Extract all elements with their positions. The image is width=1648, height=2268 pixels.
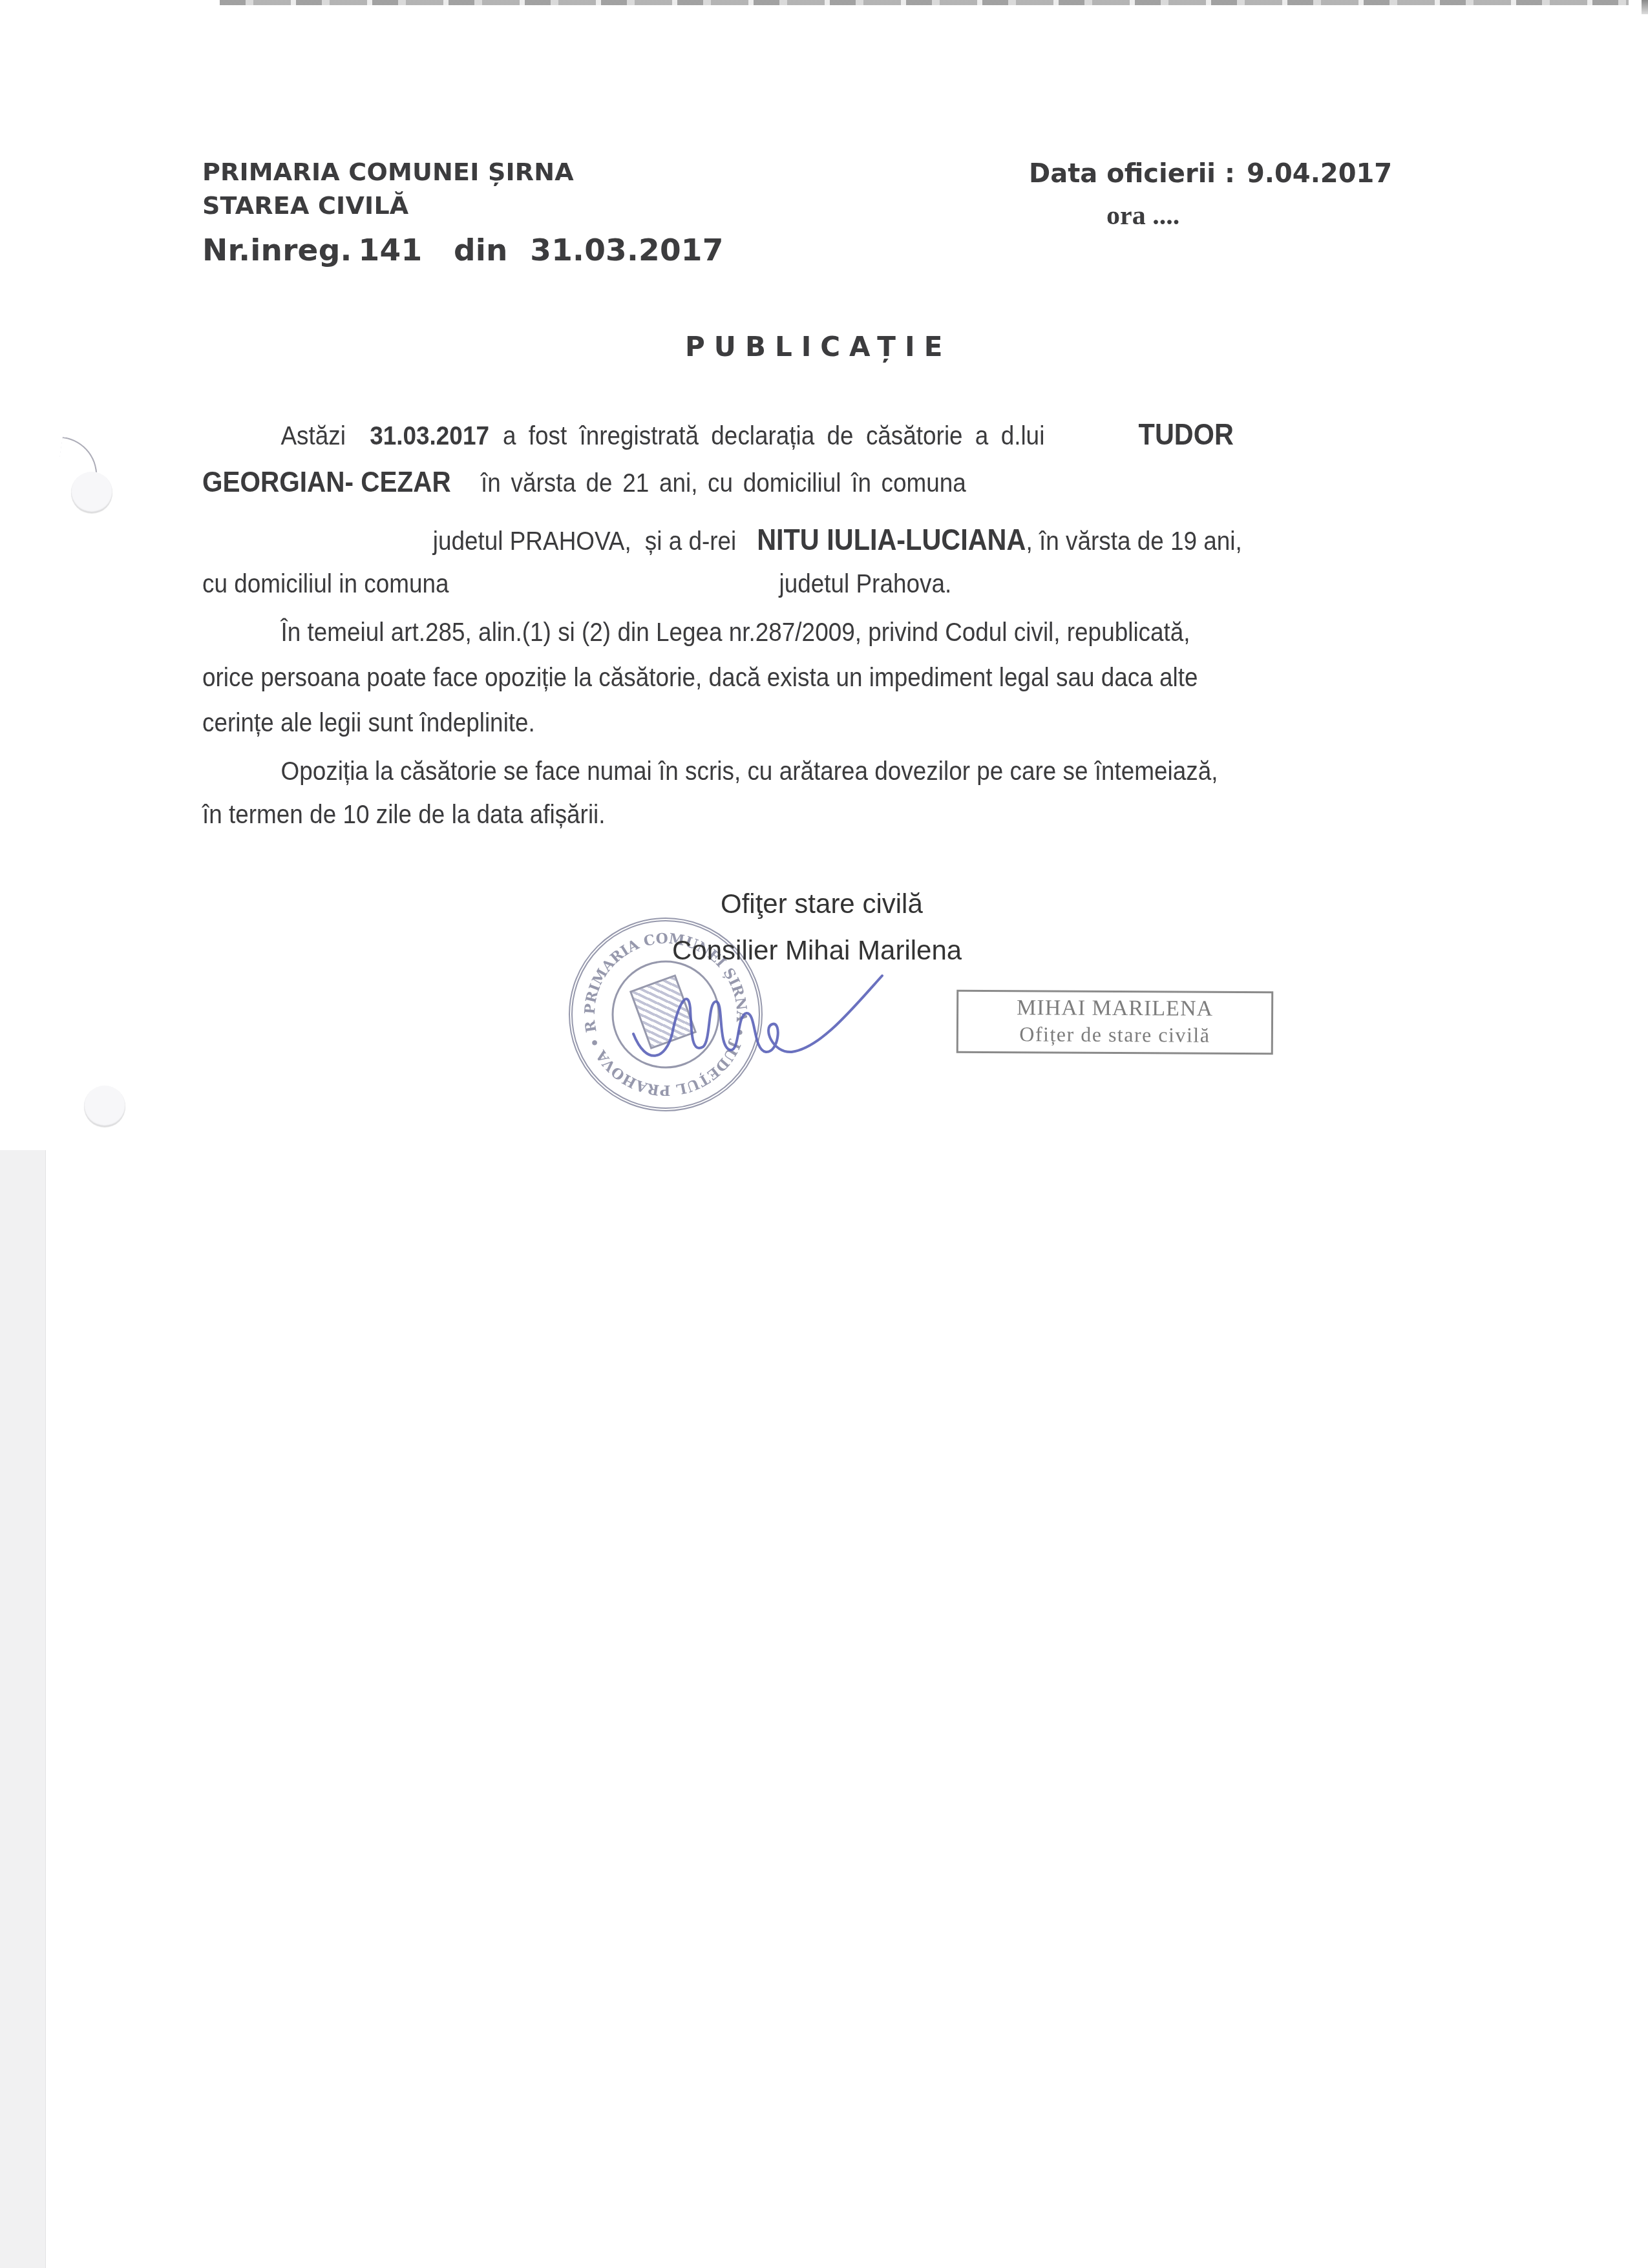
ceremony-date-label: Data oficierii : [1029,159,1235,189]
text: În temeiul art.285, alin.(1) si (2) din … [281,617,1190,647]
institution-name: PRIMARIA COMUNEI ȘIRNA [202,155,735,189]
declaration-date: 31.03.2017 [370,421,489,450]
scan-edge-artifact [220,0,1629,5]
text: a fost înregistrată declarația de căsăto… [503,421,1044,450]
body-line: GEORGIAN- CEZAR în vărsta de 21 ani, cu … [202,465,1341,499]
body-line: Opoziția la căsătorie se face numai în s… [202,756,1341,786]
text: Astăzi [281,421,346,450]
text: în vărsta de 21 ani, cu domiciliul în co… [481,468,966,498]
text: și a d-rei [645,526,736,556]
scan-paper-edge [0,1150,46,2268]
name-stamp-role: Ofițer de stare civilă [958,1022,1271,1048]
registration-label: Nr.inreg. [202,233,352,268]
handwritten-signature [627,963,898,1073]
registration-line: Nr.inreg.141 din 31.03.2017 [202,234,735,268]
registration-date-label: din [454,233,508,268]
document-header: PRIMARIA COMUNEI ȘIRNA STAREA CIVILĂ Nr.… [202,155,735,268]
punch-hole [84,1086,125,1127]
groom-county: judetul PRAHOVA, [433,526,631,556]
groom-given-names: GEORGIAN- CEZAR [202,465,451,498]
text: cu domiciliul in comuna [202,569,449,598]
bride-county: judetul Prahova. [779,569,952,598]
punch-hole [71,472,112,513]
text: , în vărsta de 19 ani, [1026,526,1241,556]
document-title: PUBLICAȚIE [685,331,951,362]
ceremony-date: 9.04.2017 [1247,159,1392,189]
body-line: Astăzi 31.03.2017 a fost înregistrată de… [202,417,1341,452]
ceremony-time: ora .... [1106,200,1392,231]
body-line: În temeiul art.285, alin.(1) si (2) din … [202,617,1341,647]
scan-edge-artifact [1642,0,1648,14]
registration-number: 141 [359,233,423,268]
groom-surname: TUDOR [1139,417,1234,451]
body-line: orice persoana poate face opoziție la că… [202,662,1341,693]
bride-name: NITU IULIA-LUCIANA [757,523,1026,556]
department-name: STAREA CIVILĂ [202,189,735,222]
name-stamp: MIHAI MARILENA Ofițer de stare civilă [956,990,1274,1055]
body-line: judetul PRAHOVA, și a d-rei NITU IULIA-L… [202,522,1341,557]
registration-date: 31.03.2017 [530,233,723,268]
name-stamp-name: MIHAI MARILENA [958,994,1271,1024]
text: Opoziția la căsătorie se face numai în s… [281,756,1218,786]
body-line: în termen de 10 zile de la data afișării… [202,799,1341,830]
body-line: cu domiciliul in comuna judetul Prahova. [202,569,1341,599]
body-line: cerințe ale legii sunt îndeplinite. [202,708,1341,738]
signer-role: Ofiţer stare civilă [721,888,923,919]
ceremony-info: Data oficierii :9.04.2017 ora .... [1029,159,1392,231]
signer-name: Consilier Mihai Marilena [672,935,962,966]
